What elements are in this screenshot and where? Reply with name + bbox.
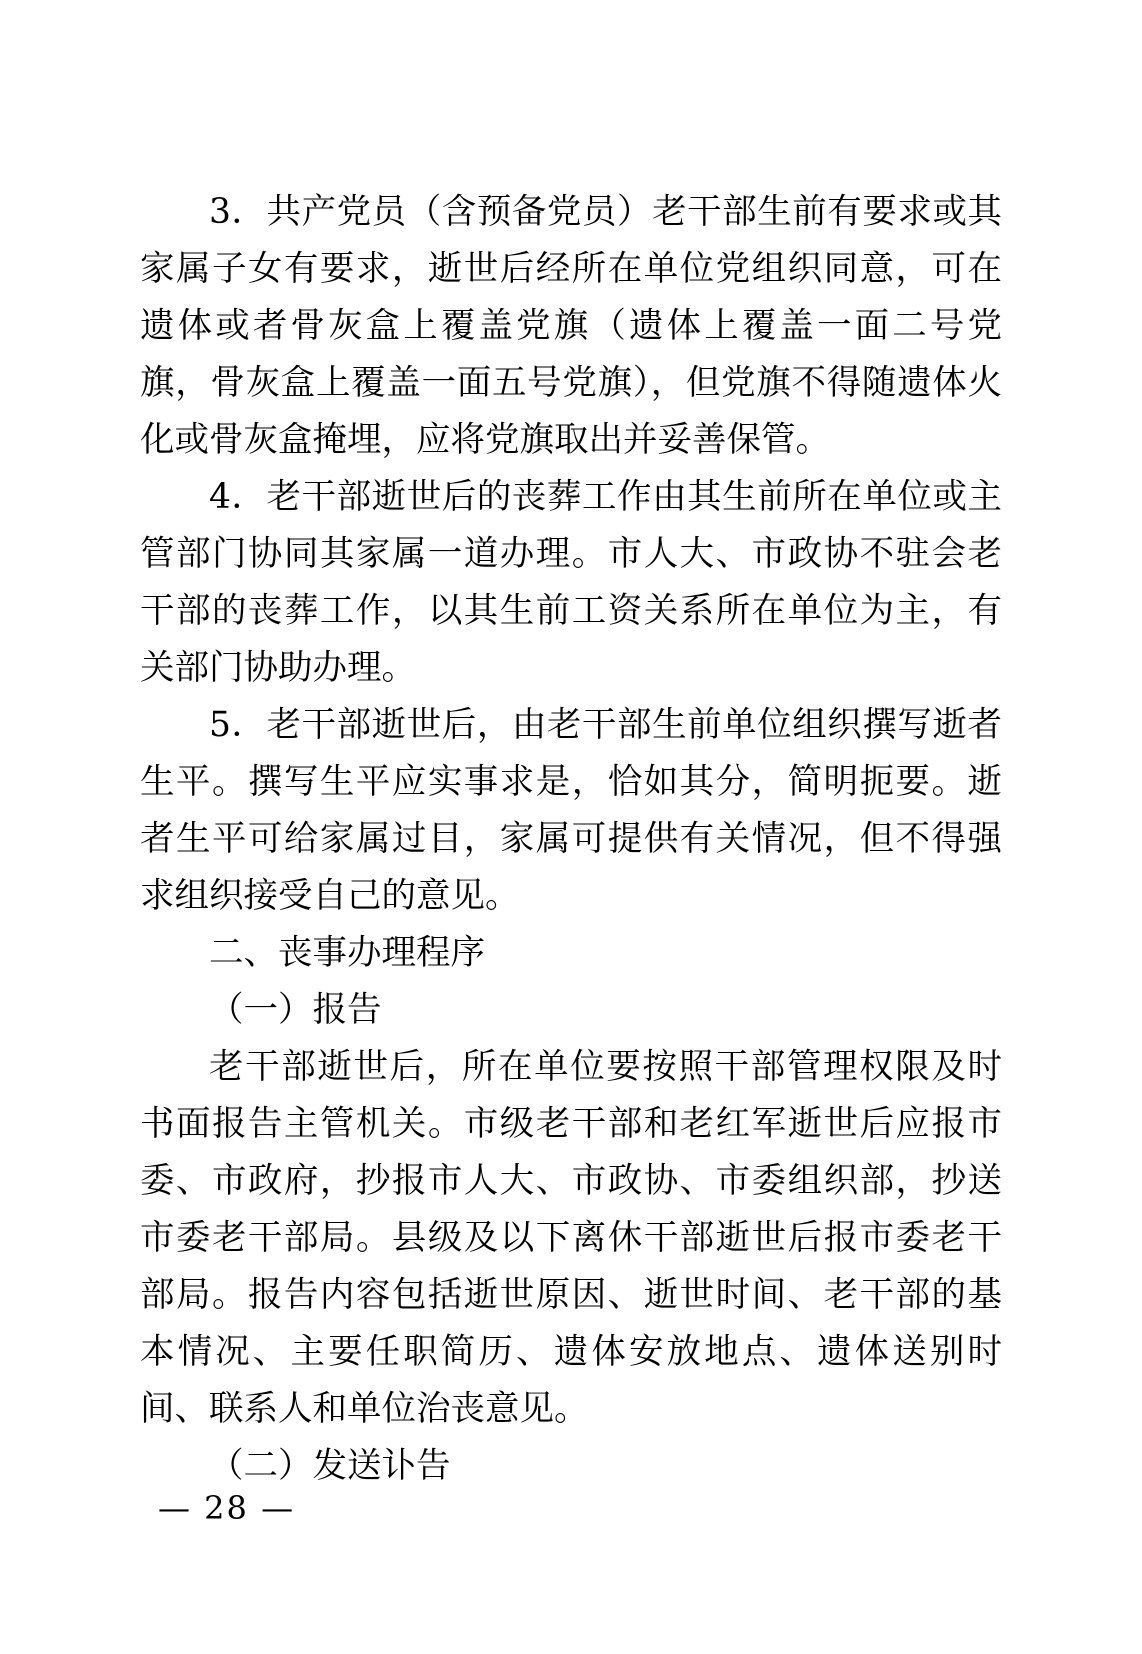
document-page: 3．共产党员（含预备党员）老干部生前有要求或其家属子女有要求，逝世后经所在单位党…	[0, 0, 1142, 1654]
paragraph-report-body: 老干部逝世后，所在单位要按照干部管理权限及时书面报告主管机关。市级老干部和老红军…	[140, 1039, 1002, 1438]
paragraph-item-4: 4．老干部逝世后的丧葬工作由其生前所在单位或主管部门协同其家属一道办理。市人大、…	[140, 469, 1002, 697]
page-number: — 28 —	[158, 1488, 295, 1528]
document-body: 3．共产党员（含预备党员）老干部生前有要求或其家属子女有要求，逝世后经所在单位党…	[140, 184, 1002, 1495]
paragraph-item-5: 5．老干部逝世后，由老干部生前单位组织撰写逝者生平。撰写生平应实事求是，恰如其分…	[140, 697, 1002, 925]
section-heading-funeral-procedure: 二、丧事办理程序	[140, 925, 1002, 982]
subsection-heading-obituary: （二）发送讣告	[140, 1438, 1002, 1495]
paragraph-item-3: 3．共产党员（含预备党员）老干部生前有要求或其家属子女有要求，逝世后经所在单位党…	[140, 184, 1002, 469]
subsection-heading-report: （一）报告	[140, 982, 1002, 1039]
